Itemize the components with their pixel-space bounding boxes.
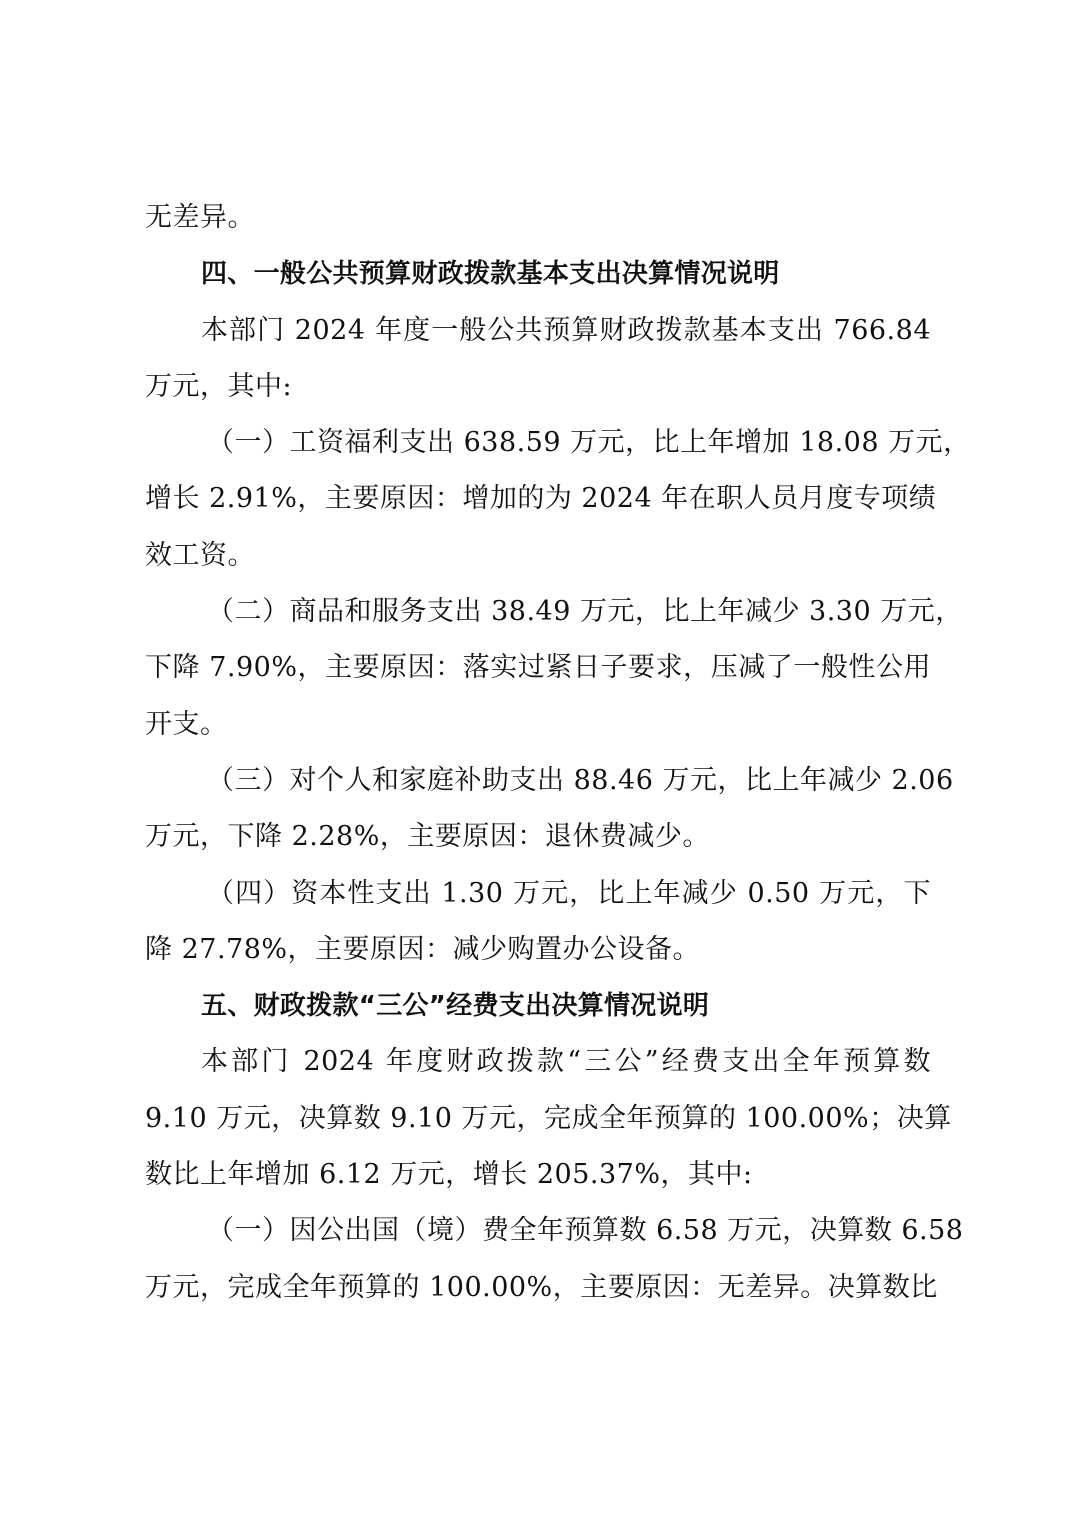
paragraph-line: 本部门 2024 年度财政拨款“三公”经费支出全年预算数 xyxy=(145,1034,931,1090)
paragraph-line: 数比上年增加 6.12 万元，增长 205.37%，其中: xyxy=(145,1147,931,1203)
paragraph-line: 降 27.78%，主要原因：减少购置办公设备。 xyxy=(145,922,931,978)
document-page: 无差异。 四、一般公共预算财政拨款基本支出决算情况说明 本部门 2024 年度一… xyxy=(145,190,931,1316)
paragraph-line: 万元，完成全年预算的 100.00%，主要原因：无差异。决算数比 xyxy=(145,1260,931,1316)
paragraph-line: 无差异。 xyxy=(145,190,931,246)
paragraph-line: 效工资。 xyxy=(145,528,931,584)
paragraph-line: 万元，其中: xyxy=(145,359,931,415)
paragraph-line: （二）商品和服务支出 38.49 万元，比上年减少 3.30 万元， xyxy=(145,584,931,640)
paragraph-line: 万元，下降 2.28%，主要原因：退休费减少。 xyxy=(145,809,931,865)
section-heading-four: 四、一般公共预算财政拨款基本支出决算情况说明 xyxy=(145,246,931,302)
paragraph-line: （三）对个人和家庭补助支出 88.46 万元，比上年减少 2.06 xyxy=(145,753,931,809)
paragraph-line: 9.10 万元，决算数 9.10 万元，完成全年预算的 100.00%；决算 xyxy=(145,1091,931,1147)
section-heading-five: 五、财政拨款“三公”经费支出决算情况说明 xyxy=(145,978,931,1034)
paragraph-line: 下降 7.90%，主要原因：落实过紧日子要求，压减了一般性公用 xyxy=(145,640,931,696)
paragraph-line: （一）工资福利支出 638.59 万元，比上年增加 18.08 万元， xyxy=(145,415,931,471)
paragraph-line: （四）资本性支出 1.30 万元，比上年减少 0.50 万元，下 xyxy=(145,866,931,922)
paragraph-line: 本部门 2024 年度一般公共预算财政拨款基本支出 766.84 xyxy=(145,303,931,359)
paragraph-line: （一）因公出国（境）费全年预算数 6.58 万元，决算数 6.58 xyxy=(145,1203,931,1259)
paragraph-line: 开支。 xyxy=(145,697,931,753)
paragraph-line: 增长 2.91%，主要原因：增加的为 2024 年在职人员月度专项绩 xyxy=(145,471,931,527)
